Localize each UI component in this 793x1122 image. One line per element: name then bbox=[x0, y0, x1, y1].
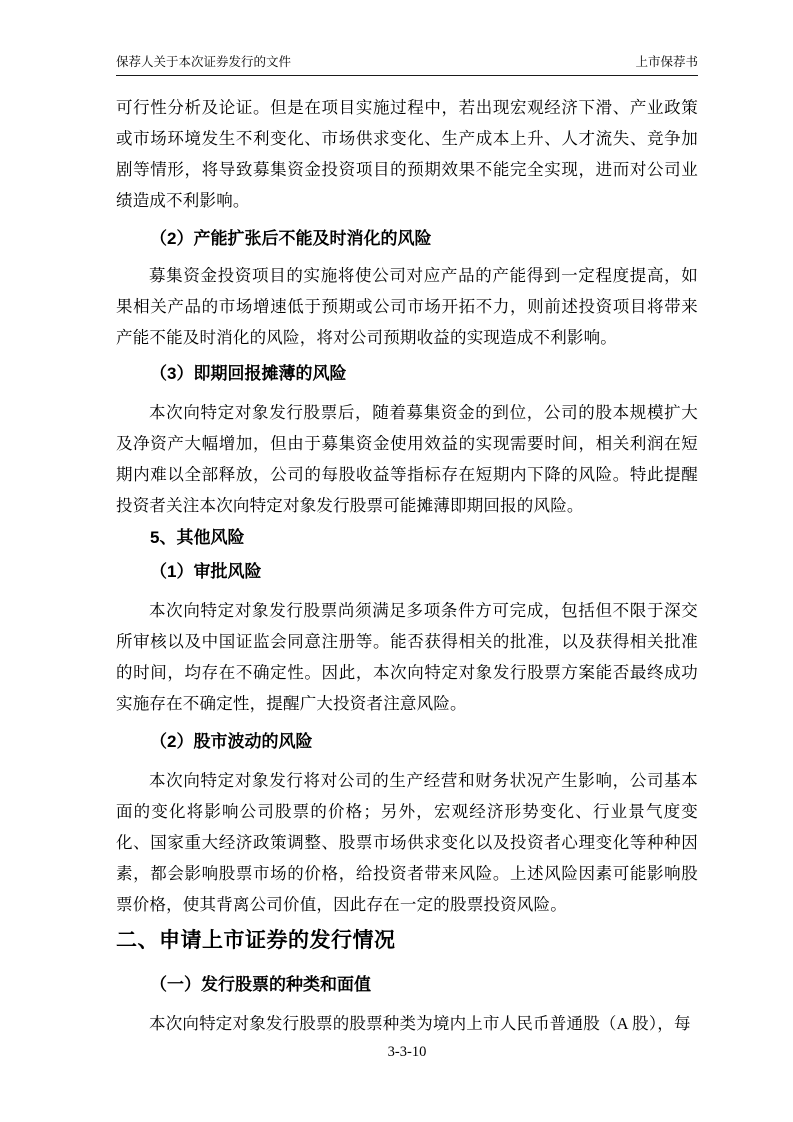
document-page: 保荐人关于本次证券发行的文件 上市保荐书 可行性分析及论证。但是在项目实施过程中… bbox=[0, 0, 793, 1122]
document-body: 可行性分析及论证。但是在项目实施过程中，若出现宏观经济下滑、产业政策或市场环境发… bbox=[116, 92, 698, 1039]
paragraph-stock-market-volatility-risk: 本次向特定对象发行将对公司的生产经营和财务状况产生影响，公司基本面的变化将影响公… bbox=[116, 765, 698, 920]
heading-stock-market-volatility-risk: （2）股市波动的风险 bbox=[150, 731, 698, 753]
heading-listing-application-issuance: 二、申请上市证券的发行情况 bbox=[116, 926, 698, 956]
heading-share-type-and-par-value: （一）发行股票的种类和面值 bbox=[150, 974, 698, 996]
paragraph-approval-risk: 本次向特定对象发行股票尚须满足多项条件方可完成，包括但不限于深交所审核以及中国证… bbox=[116, 595, 698, 719]
header-right-title: 上市保荐书 bbox=[635, 54, 698, 70]
heading-capacity-digestion-risk: （2）产能扩张后不能及时消化的风险 bbox=[150, 228, 698, 250]
paragraph-capacity-digestion-risk: 募集资金投资项目的实施将使公司对应产品的产能得到一定程度提高，如果相关产品的市场… bbox=[116, 260, 698, 353]
paragraph-immediate-return-dilution-risk: 本次向特定对象发行股票后，随着募集资金的到位，公司的股本规模扩大及净资产大幅增加… bbox=[116, 397, 698, 521]
heading-other-risks: 5、其他风险 bbox=[150, 527, 698, 549]
page-number: 3-3-10 bbox=[116, 1044, 698, 1060]
heading-approval-risk: （1）审批风险 bbox=[150, 561, 698, 583]
paragraph-share-type-and-par-value: 本次向特定对象发行股票的股票种类为境内上市人民币普通股（A 股），每 bbox=[116, 1008, 698, 1039]
header-left-title: 保荐人关于本次证券发行的文件 bbox=[116, 54, 291, 70]
heading-immediate-return-dilution-risk: （3）即期回报摊薄的风险 bbox=[150, 363, 698, 385]
paragraph-continuation-funding-risk: 可行性分析及论证。但是在项目实施过程中，若出现宏观经济下滑、产业政策或市场环境发… bbox=[116, 92, 698, 216]
running-header: 保荐人关于本次证券发行的文件 上市保荐书 bbox=[116, 0, 698, 76]
